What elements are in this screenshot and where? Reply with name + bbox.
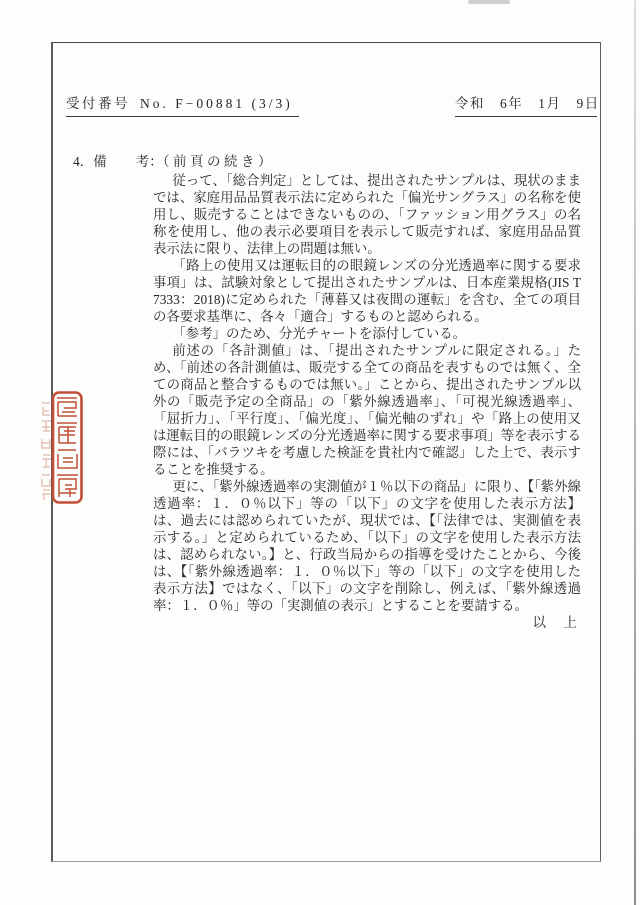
body-paragraph: 更に、「紫外線透過率の実測値が１％以下の商品」に限り、【「紫外線透過率：１．０％… (153, 478, 581, 614)
receipt-number-line: 受付番号No. F−00881 (3/3) (66, 92, 299, 117)
document-date: 令和 6年 1月 9日 (455, 92, 597, 117)
closing-statement: 以 上 (153, 614, 581, 631)
red-seal-stamp (37, 389, 85, 507)
scanned-document-page: 受付番号No. F−00881 (3/3) 令和 6年 1月 9日 4．備考：（… (0, 0, 640, 905)
section-label: 考： (136, 154, 163, 169)
scan-smudge (468, 0, 510, 4)
body-paragraph: 従って、「総合判定」としては、提出されたサンプルは、現状のままでは、家庭用品品質… (153, 172, 581, 257)
document-header: 受付番号No. F−00881 (3/3) 令和 6年 1月 9日 (0, 92, 640, 116)
scanner-edge-line (634, 0, 636, 905)
receipt-number-value: No. F−00881 (3/3) (140, 96, 293, 111)
section-title: （前頁の続き） (163, 154, 275, 169)
receipt-number-label: 受付番号 (66, 96, 130, 111)
remarks-section-heading: 4．備考：（前頁の続き） (73, 153, 585, 170)
remarks-section: 4．備考：（前頁の続き） 従って、「総合判定」としては、提出されたサンプルは、現… (73, 153, 585, 631)
red-seal-stamp-graphic (37, 389, 85, 507)
body-paragraph: 前述の「各計測値」は、「提出されたサンプルに限定される。」ため、「前述の各計測値… (153, 342, 581, 478)
section-number: 4．備 (73, 154, 107, 169)
body-paragraph: 「参考」のため、分光チャートを添付している。 (153, 325, 581, 342)
remarks-body: 従って、「総合判定」としては、提出されたサンプルは、現状のままでは、家庭用品品質… (153, 172, 581, 614)
body-paragraph: 「路上の使用又は運転目的の眼鏡レンズの分光透過率に関する要求事項」は、試験対象と… (153, 257, 581, 325)
